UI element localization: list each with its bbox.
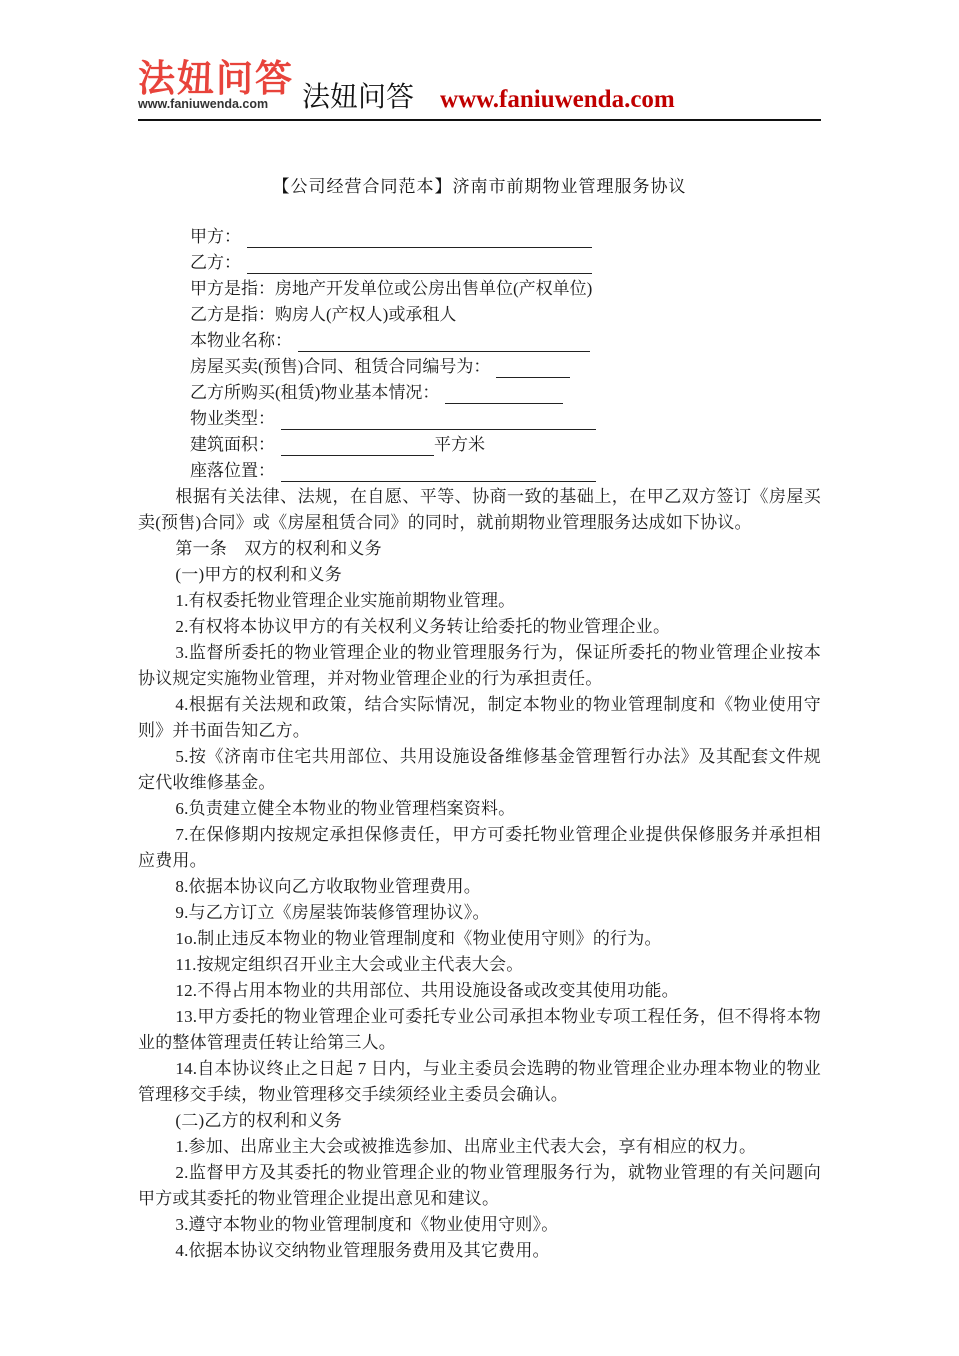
field-row: 甲方： [138,224,821,250]
paragraph: 13.甲方委托的物业管理企业可委托专业公司承担本物业专项工程任务，但不得将本物业… [138,1004,821,1056]
paragraphs: 根据有关法律、法规，在自愿、平等、协商一致的基础上，在甲乙双方签订《房屋买卖(预… [138,484,821,1264]
paragraph: 12.不得占用本物业的共用部位、共用设施设备或改变其使用功能。 [138,978,821,1004]
paragraph: 3.监督所委托的物业管理企业的物业管理服务行为，保证所委托的物业管理企业按本协议… [138,640,821,692]
paragraph: 1.参加、出席业主大会或被推选参加、出席业主代表大会，享有相应的权力。 [138,1134,821,1160]
paragraph: 1o.制止违反本物业的物业管理制度和《物业使用守则》的行为。 [138,926,821,952]
paragraph: 4.依据本协议交纳物业管理服务费用及其它费用。 [138,1238,821,1264]
field-label: 房屋买卖(预售)合同、租赁合同编号为： [190,357,490,376]
blank-underline [445,384,563,404]
blank-underline [298,332,590,352]
logo-domain-text: www.faniuwenda.com [138,98,294,111]
paragraph: (二)乙方的权利和义务 [138,1108,821,1134]
paragraph: 3.遵守本物业的物业管理制度和《物业使用守则》。 [138,1212,821,1238]
site-logo: 法妞问答 www.faniuwenda.com [138,60,294,111]
field-text: 购房人(产权人)或承租人 [275,305,456,324]
paragraph: 5.按《济南市住宅共用部位、共用设施设备维修基金管理暂行办法》及其配套文件规定代… [138,744,821,796]
logo-text: 法妞问答 [138,60,294,97]
field-text: 房地产开发单位或公房出售单位(产权单位) [275,279,592,298]
paragraph: 14.自本协议终止之日起 7 日内，与业主委员会选聘的物业管理企业办理本物业的物… [138,1056,821,1108]
field-row: 甲方是指：房地产开发单位或公房出售单位(产权单位) [138,276,821,302]
blank-underline [496,358,570,378]
paragraph: 第一条 双方的权利和义务 [138,536,821,562]
field-label: 甲方： [190,227,241,246]
paragraph: 4.根据有关法规和政策，结合实际情况，制定本物业的物业管理制度和《物业使用守则》… [138,692,821,744]
brand-title: 法妞问答 [302,84,414,112]
blank-underline [281,436,434,456]
paragraph: 2.监督甲方及其委托的物业管理企业的物业管理服务行为，就物业管理的有关问题向甲方… [138,1160,821,1212]
field-label: 乙方所购买(租赁)物业基本情况： [190,383,439,402]
paragraph: 2.有权将本协议甲方的有关权利义务转让给委托的物业管理企业。 [138,614,821,640]
field-label: 甲方是指： [190,279,275,298]
paragraph: 6.负责建立健全本物业的物业管理档案资料。 [138,796,821,822]
header-divider [138,119,821,121]
blank-underline [281,462,596,482]
paragraph: 8.依据本协议向乙方收取物业管理费用。 [138,874,821,900]
field-label: 座落位置： [190,461,275,480]
content-column: 法妞问答 www.faniuwenda.com 法妞问答 www.faniuwe… [138,0,821,1264]
document-title: 【公司经营合同范本】济南市前期物业管理服务协议 [138,172,821,197]
paragraph: 1.有权委托物业管理企业实施前期物业管理。 [138,588,821,614]
field-row: 乙方所购买(租赁)物业基本情况： [138,380,821,406]
paragraph: 7.在保修期内按规定承担保修责任，甲方可委托物业管理企业提供保修服务并承担相应费… [138,822,821,874]
blank-underline [281,410,596,430]
paragraph: 根据有关法律、法规，在自愿、平等、协商一致的基础上，在甲乙双方签订《房屋买卖(预… [138,484,821,536]
paragraph: 9.与乙方订立《房屋装饰装修管理协议》。 [138,900,821,926]
fields: 甲方：乙方：甲方是指：房地产开发单位或公房出售单位(产权单位)乙方是指：购房人(… [138,224,821,484]
field-label: 本物业名称： [190,331,292,350]
field-row: 建筑面积：平方米 [138,432,821,458]
blank-underline [247,228,592,248]
paragraph: 11.按规定组织召开业主大会或业主代表大会。 [138,952,821,978]
field-label: 物业类型： [190,409,275,428]
field-row: 房屋买卖(预售)合同、租赁合同编号为： [138,354,821,380]
document-page: 法妞问答 www.faniuwenda.com 法妞问答 www.faniuwe… [0,0,959,1356]
blank-underline [247,254,592,274]
field-label: 乙方： [190,253,241,272]
field-row: 座落位置： [138,458,821,484]
field-suffix: 平方米 [434,435,485,454]
field-row: 乙方： [138,250,821,276]
paragraph: (一)甲方的权利和义务 [138,562,821,588]
field-row: 物业类型： [138,406,821,432]
site-header: 法妞问答 www.faniuwenda.com 法妞问答 www.faniuwe… [138,60,821,111]
site-url: www.faniuwenda.com [440,87,675,112]
field-label: 建筑面积： [190,435,275,454]
field-row: 乙方是指：购房人(产权人)或承租人 [138,302,821,328]
field-label: 乙方是指： [190,305,275,324]
field-row: 本物业名称： [138,328,821,354]
